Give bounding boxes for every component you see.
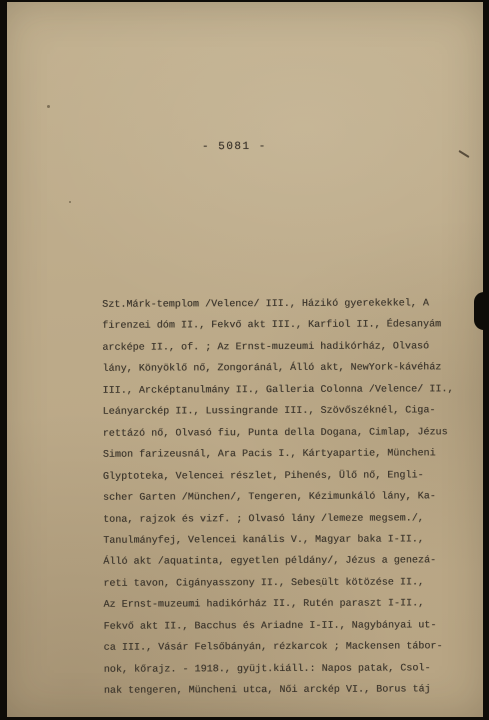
typewritten-line: arcképe II., of. ; Az Ernst-muzeumi hadi… bbox=[102, 336, 462, 359]
typewritten-line: Tanulmányfej, Velencei kanális V., Magya… bbox=[103, 529, 463, 552]
typewritten-line: Fekvő akt II., Bacchus és Ariadne I-II.,… bbox=[104, 615, 464, 638]
typewritten-line: Szt.Márk-templom /Velence/ III., Házikó … bbox=[102, 293, 462, 316]
typewritten-line: Az Ernst-muzeumi hadikórház II., Rutén p… bbox=[103, 594, 463, 617]
typewritten-line: rettázó nő, Olvasó fiu, Punta della Doga… bbox=[103, 422, 463, 445]
scan-border-top bbox=[0, 0, 489, 2]
typewritten-line: reti tavon, Cigányasszony II., Sebesült … bbox=[103, 572, 463, 595]
scanned-page: - 5081 - Szt.Márk-templom /Velence/ III.… bbox=[0, 0, 489, 720]
typewritten-line: scher Garten /München/, Tengeren, Kézimu… bbox=[103, 486, 463, 509]
page-number: - 5081 - bbox=[202, 141, 267, 153]
paper-speck bbox=[47, 105, 50, 108]
scan-border-left bbox=[0, 0, 7, 720]
typewritten-line: firenzei dóm II., Fekvő akt III., Karfio… bbox=[102, 315, 462, 338]
typewritten-line: Leányarckép II., Lussingrande III., Szöv… bbox=[103, 400, 463, 423]
typewritten-line: Glyptoteka, Velencei részlet, Pihenés, Ü… bbox=[103, 465, 463, 488]
typewritten-line: Simon farizeusnál, Ara Pacis I., Kártyap… bbox=[103, 443, 463, 466]
scan-edge-blob bbox=[474, 292, 489, 330]
pen-mark bbox=[458, 150, 469, 158]
typewritten-line: nak tengeren, Müncheni utca, Női arckép … bbox=[104, 679, 464, 702]
typewritten-line: tona, rajzok és vizf. ; Olvasó lány /lem… bbox=[103, 508, 463, 531]
typewritten-line: III., Arcképtanulmány II., Galleria Colo… bbox=[102, 379, 462, 402]
typewritten-line: Álló akt /aquatinta, egyetlen példány/, … bbox=[103, 551, 463, 574]
body-text: Szt.Márk-templom /Velence/ III., Házikó … bbox=[102, 293, 464, 702]
typewritten-line: lány, Könyöklő nő, Zongoránál, Álló akt,… bbox=[102, 358, 462, 381]
scan-border-right bbox=[483, 0, 489, 720]
typewritten-line: ca III., Vásár Felsőbányán, rézkarcok ; … bbox=[104, 636, 464, 659]
paper-speck bbox=[69, 201, 71, 203]
typewritten-line: nok, kőrajz. - 1918., gyüjt.kiáll.: Napo… bbox=[104, 658, 464, 681]
